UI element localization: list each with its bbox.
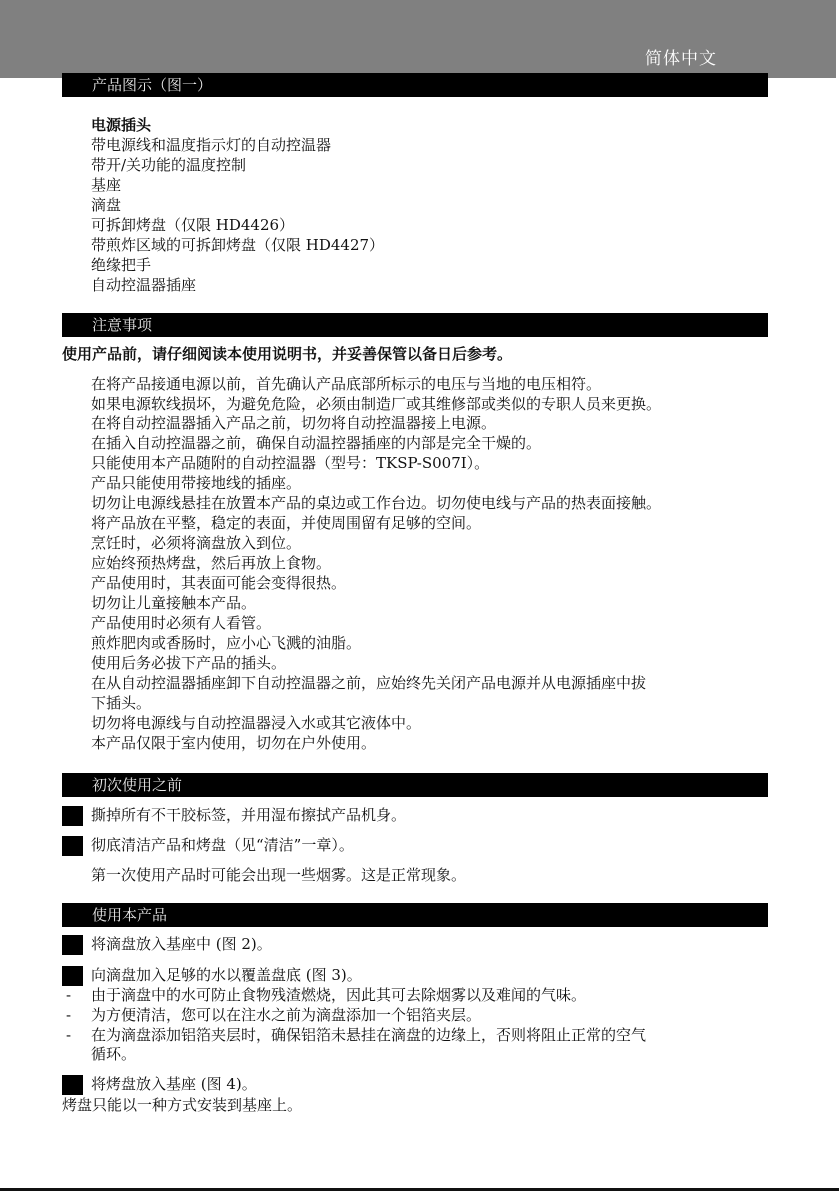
dash-item: 在为滴盘添加铝箔夹层时，确保铝箔未悬挂在滴盘的边缘上，否则将阻止正常的空气 [91, 1026, 646, 1045]
list-item: 在将自动控温器插入产品之前，切勿将自动控温器接上电源。 [91, 414, 496, 433]
dash-item: 由于滴盘中的水可防止食物残渣燃烧，因此其可去除烟雾以及难闻的气味。 [91, 986, 586, 1005]
list-item: 自动控温器插座 [91, 276, 196, 295]
list-item: 产品只能使用带接地线的插座。 [91, 474, 301, 493]
list-item: 切勿将电源线与自动控温器浸入水或其它液体中。 [91, 714, 421, 733]
list-item: 应始终预热烤盘，然后再放上食物。 [91, 554, 331, 573]
step-text: 向滴盘加入足够的水以覆盖盘底 (图 3)。 [91, 966, 362, 985]
dash-marker-icon: - [66, 986, 71, 1005]
section-header-important: 注意事项 [62, 313, 768, 337]
list-item: 电源插头 [91, 116, 151, 135]
list-item: 带开/关功能的温度控制 [91, 156, 246, 175]
list-item: 在将产品接通电源以前，首先确认产品底部所标示的电压与当地的电压相符。 [91, 375, 601, 394]
section-header-before-first-use: 初次使用之前 [62, 773, 768, 797]
list-item: 煎炸肥肉或香肠时，应小心飞溅的油脂。 [91, 634, 361, 653]
step-marker-icon [62, 1075, 83, 1095]
list-item: 将产品放在平整，稳定的表面，并使周围留有足够的空间。 [91, 514, 481, 533]
section-header-overview: 产品图示（图一） [62, 73, 768, 97]
step-marker-icon [62, 966, 83, 986]
dash-item-continued: 循环。 [91, 1045, 136, 1064]
list-item: 产品使用时必须有人看管。 [91, 614, 271, 633]
step-marker-icon [62, 806, 83, 826]
list-item: 带煎炸区域的可拆卸烤盘（仅限 HD4427） [91, 236, 384, 255]
dash-item: 为方便清洁，您可以在注水之前为滴盘添加一个铝箔夹层。 [91, 1006, 481, 1025]
list-item: 使用后务必拔下产品的插头。 [91, 654, 286, 673]
step-text: 彻底清洁产品和烤盘（见“清洁”一章）。 [91, 836, 354, 855]
note-text: 第一次使用产品时可能会出现一些烟雾。这是正常现象。 [91, 866, 466, 885]
list-item: 滴盘 [91, 196, 121, 215]
dash-marker-icon: - [66, 1026, 71, 1045]
step-text: 将滴盘放入基座中 (图 2)。 [91, 935, 272, 954]
language-label: 简体中文 [645, 44, 717, 69]
list-item: 本产品仅限于室内使用，切勿在户外使用。 [91, 734, 376, 753]
step-marker-icon [62, 836, 83, 856]
list-item: 切勿让儿童接触本产品。 [91, 594, 256, 613]
list-item: 在插入自动控温器之前，确保自动温控器插座的内部是完全干燥的。 [91, 434, 541, 453]
list-item: 产品使用时，其表面可能会变得很热。 [91, 574, 346, 593]
list-item: 在从自动控温器插座卸下自动控温器之前，应始终先关闭产品电源并从电源插座中拔 [91, 674, 646, 693]
section-header-using: 使用本产品 [62, 903, 768, 927]
dash-marker-icon: - [66, 1006, 71, 1025]
list-item: 绝缘把手 [91, 256, 151, 275]
list-item: 下插头。 [91, 694, 151, 713]
step-text: 将烤盘放入基座 (图 4)。 [91, 1075, 257, 1094]
list-item: 切勿让电源线悬挂在放置本产品的桌边或工作台边。切勿使电线与产品的热表面接触。 [91, 494, 661, 513]
list-item: 烹饪时，必须将滴盘放入到位。 [91, 534, 301, 553]
list-item: 带电源线和温度指示灯的自动控温器 [91, 136, 331, 155]
step-text: 撕掉所有不干胶标签，并用湿布擦拭产品机身。 [91, 806, 406, 825]
step-marker-icon [62, 935, 83, 955]
list-item: 只能使用本产品随附的自动控温器（型号：TKSP-S007I）。 [91, 454, 489, 473]
list-item: 基座 [91, 176, 121, 195]
list-item: 如果电源软线损坏，为避免危险，必须由制造厂或其维修部或类似的专职人员来更换。 [91, 395, 661, 414]
note-text: 烤盘只能以一种方式安装到基座上。 [62, 1096, 302, 1115]
intro-text: 使用产品前，请仔细阅读本使用说明书，并妥善保管以备日后参考。 [62, 345, 512, 364]
list-item: 可拆卸烤盘（仅限 HD4426） [91, 216, 294, 235]
